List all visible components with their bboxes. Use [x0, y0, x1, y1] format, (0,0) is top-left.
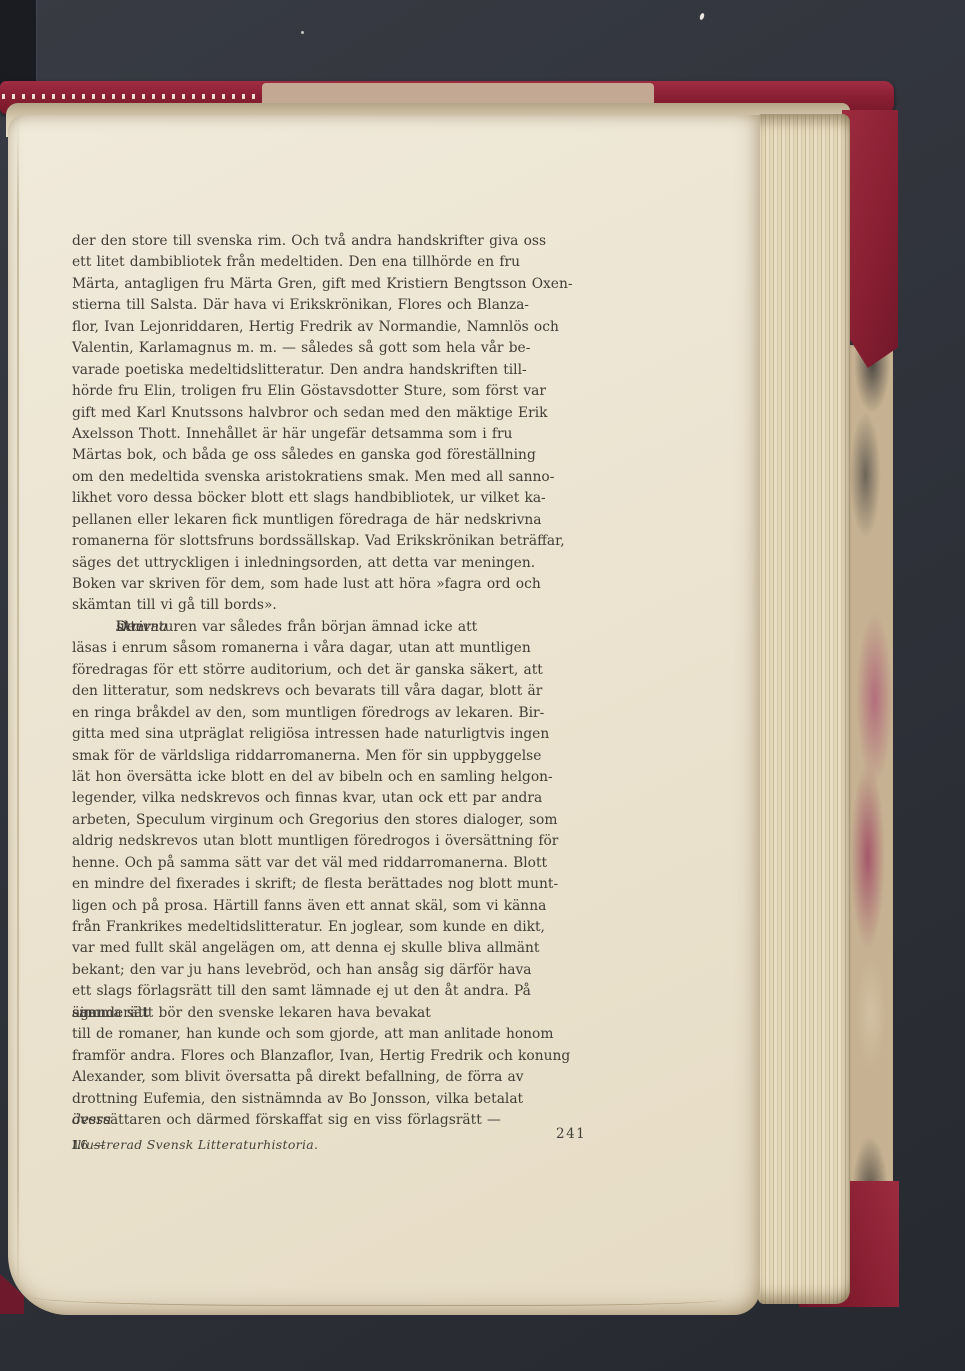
text-line: gift med Karl Knutssons halvbror och sed…: [72, 403, 599, 424]
marbled-paper-right: [847, 345, 893, 1275]
text-line: der den store till svenska rim. Och två …: [72, 231, 599, 252]
text-line: drottning Eufemia, den sistnämnda av Bo …: [72, 1089, 599, 1110]
text-line: aldrig nedskrevos utan blott muntligen f…: [72, 831, 599, 852]
text-line: den litteratur, som nedskrevs och bevara…: [72, 681, 599, 702]
text-line: säges det uttryckligen i inledningsorden…: [72, 553, 599, 574]
text-line: en mindre del fixerades i skrift; de fle…: [72, 874, 599, 895]
text-line: skämtan till vi gå till bords».: [72, 595, 599, 616]
text-line: smak för de världsliga riddarromanerna. …: [72, 746, 599, 767]
dust-speck: [699, 13, 705, 21]
text-line: ett litet dambibliotek från medeltiden. …: [72, 252, 599, 273]
text-line: varade poetiska medeltidslitteratur. Den…: [72, 360, 599, 381]
text-line: romanerna för slottsfruns bordssällskap.…: [72, 531, 599, 552]
text-line: stierna till Salsta. Där hava vi Erikskr…: [72, 295, 599, 316]
text-line: samma sätt bör den svenske lekaren hava …: [72, 1003, 599, 1024]
text-line: Märtas bok, och båda ge oss således en g…: [72, 445, 599, 466]
text-line: översättaren och därmed förskaffat sig e…: [72, 1110, 599, 1131]
text-line: Den skrivna litteraturen var således frå…: [72, 617, 599, 638]
text-line: ett slags förlagsrätt till den samt lämn…: [72, 981, 599, 1002]
dust-speck: [301, 31, 304, 34]
text-line: likhet voro dessa böcker blott ett slags…: [72, 488, 599, 509]
book-page: der den store till svenska rim. Och två …: [8, 115, 760, 1315]
text-line: om den medeltida svenska aristokratiens …: [72, 467, 599, 488]
paragraph: der den store till svenska rim. Och två …: [72, 231, 599, 617]
book-photo: der den store till svenska rim. Och två …: [0, 0, 965, 1371]
text-line: Märta, antagligen fru Märta Gren, gift m…: [72, 274, 599, 295]
text-line: gitta med sina utpräglat religiösa intre…: [72, 724, 599, 745]
text-line: Axelsson Thott. Innehållet är här ungefä…: [72, 424, 599, 445]
text-line: till de romaner, han kunde och som gjord…: [72, 1024, 599, 1045]
book-cover-corner-top-right: [842, 110, 898, 368]
text-line: framför andra. Flores och Blanzaflor, Iv…: [72, 1046, 599, 1067]
paragraph: Den skrivna litteraturen var således frå…: [72, 617, 599, 1132]
text-line: hörde fru Elin, troligen fru Elin Göstav…: [72, 381, 599, 402]
text-line: Boken var skriven för dem, som hade lust…: [72, 574, 599, 595]
text-line: flor, Ivan Lejonriddaren, Hertig Fredrik…: [72, 317, 599, 338]
text-line: henne. Och på samma sätt var det väl med…: [72, 853, 599, 874]
text-line: en ringa bråkdel av den, som muntligen f…: [72, 703, 599, 724]
text-line: läsas i enrum såsom romanerna i våra dag…: [72, 638, 599, 659]
text-line: arbeten, Speculum virginum och Gregorius…: [72, 810, 599, 831]
page-text: der den store till svenska rim. Och två …: [72, 231, 599, 1131]
text-line: föredragas för ett större auditorium, oc…: [72, 660, 599, 681]
text-line: Alexander, som blivit översatta på direk…: [72, 1067, 599, 1088]
page-crease: [17, 121, 19, 1301]
text-line: bekant; den var ju hans levebröd, och ha…: [72, 960, 599, 981]
cover-stitching: [2, 94, 258, 99]
text-line: Valentin, Karlamagnus m. m. — således så…: [72, 338, 599, 359]
dark-leather-edge: [0, 0, 37, 88]
text-line: lät hon översätta icke blott en del av b…: [72, 767, 599, 788]
text-line: var med fullt skäl angelägen om, att den…: [72, 938, 599, 959]
page-number: 241: [556, 1126, 586, 1142]
page-bottom-edge-line: [32, 1297, 722, 1306]
text-line: legender, vilka nedskrevos och finnas kv…: [72, 788, 599, 809]
page-fore-edge: [758, 114, 850, 1304]
text-line: ligen och på prosa. Härtill fanns även e…: [72, 896, 599, 917]
text-line: från Frankrikes medeltidslitteratur. En …: [72, 917, 599, 938]
text-line: pellanen eller lekaren fick muntligen fö…: [72, 510, 599, 531]
